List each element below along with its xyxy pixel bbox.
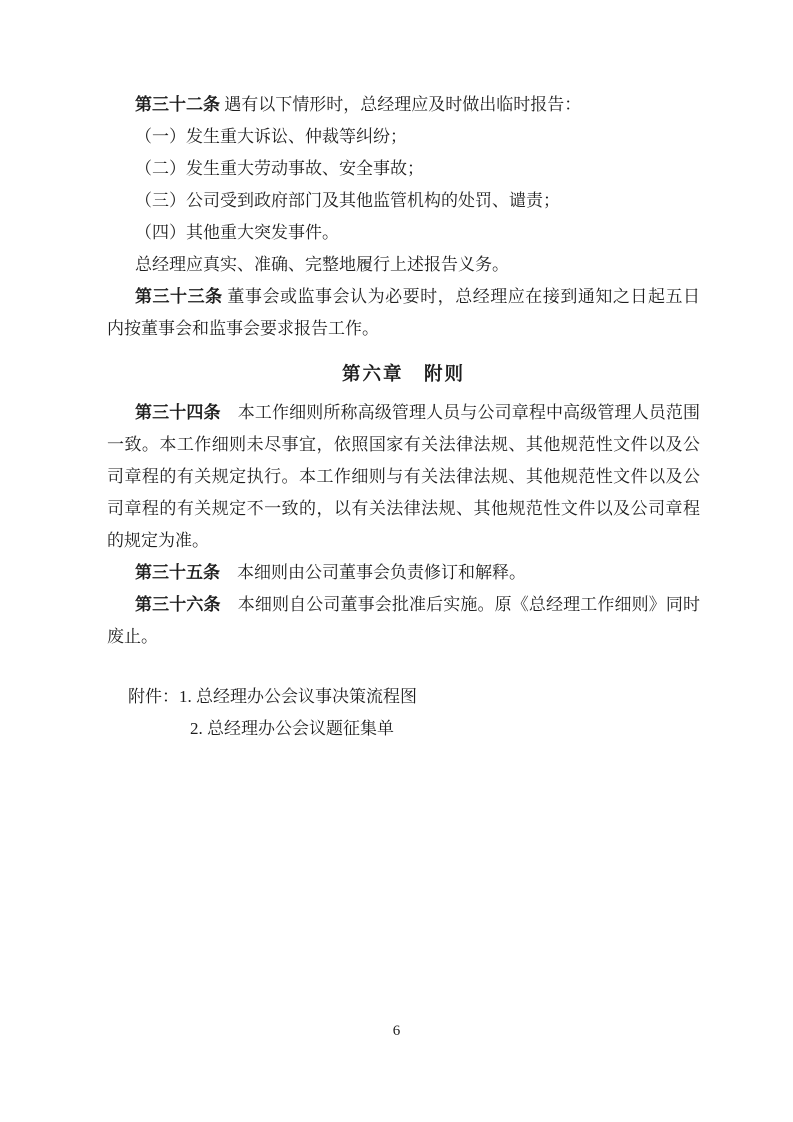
article-text-32: 遇有以下情形时，总经理应及时做出临时报告： (220, 95, 581, 114)
plain-paragraph: 总经理应真实、准确、完整地履行上述报告义务。 (107, 249, 700, 281)
list-item-4: （四）其他重大突发事件。 (107, 217, 700, 249)
attachment-line-2: 2. 总经理办公会议题征集单 (190, 713, 700, 745)
article-number-35: 第三十五条 (135, 563, 220, 582)
article-number-33: 第三十三条 (135, 287, 223, 306)
article-paragraph-32: 第三十二条 遇有以下情形时，总经理应及时做出临时报告： (107, 89, 700, 121)
attachment-line-1: 附件：1. 总经理办公会议事决策流程图 (128, 681, 700, 713)
attachments-block: 附件：1. 总经理办公会议事决策流程图 2. 总经理办公会议题征集单 (107, 681, 700, 745)
list-item-1: （一）发生重大诉讼、仲裁等纠纷； (107, 121, 700, 153)
article-text-35: 本细则由公司董事会负责修订和解释。 (220, 563, 526, 582)
article-number-36: 第三十六条 (135, 595, 221, 614)
chapter-heading: 第六章 附则 (107, 359, 700, 391)
document-page: 第三十二条 遇有以下情形时，总经理应及时做出临时报告： （一）发生重大诉讼、仲裁… (0, 0, 793, 1122)
document-body: 第三十二条 遇有以下情形时，总经理应及时做出临时报告： （一）发生重大诉讼、仲裁… (0, 0, 793, 745)
list-item-3: （三）公司受到政府部门及其他监管机构的处罚、谴责； (107, 185, 700, 217)
page-number: 6 (0, 1022, 793, 1040)
article-number-32: 第三十二条 (135, 95, 220, 114)
list-item-2: （二）发生重大劳动事故、安全事故； (107, 153, 700, 185)
article-number-34: 第三十四条 (135, 403, 221, 422)
article-paragraph-36: 第三十六条 本细则自公司董事会批准后实施。原《总经理工作细则》同时废止。 (107, 589, 700, 653)
article-paragraph-35: 第三十五条 本细则由公司董事会负责修订和解释。 (107, 557, 700, 589)
article-paragraph-34: 第三十四条 本工作细则所称高级管理人员与公司章程中高级管理人员范围一致。本工作细… (107, 397, 700, 557)
article-paragraph-33: 第三十三条 董事会或监事会认为必要时，总经理应在接到通知之日起五日内按董事会和监… (107, 281, 700, 345)
article-text-34: 本工作细则所称高级管理人员与公司章程中高级管理人员范围一致。本工作细则未尽事宜，… (107, 403, 700, 550)
